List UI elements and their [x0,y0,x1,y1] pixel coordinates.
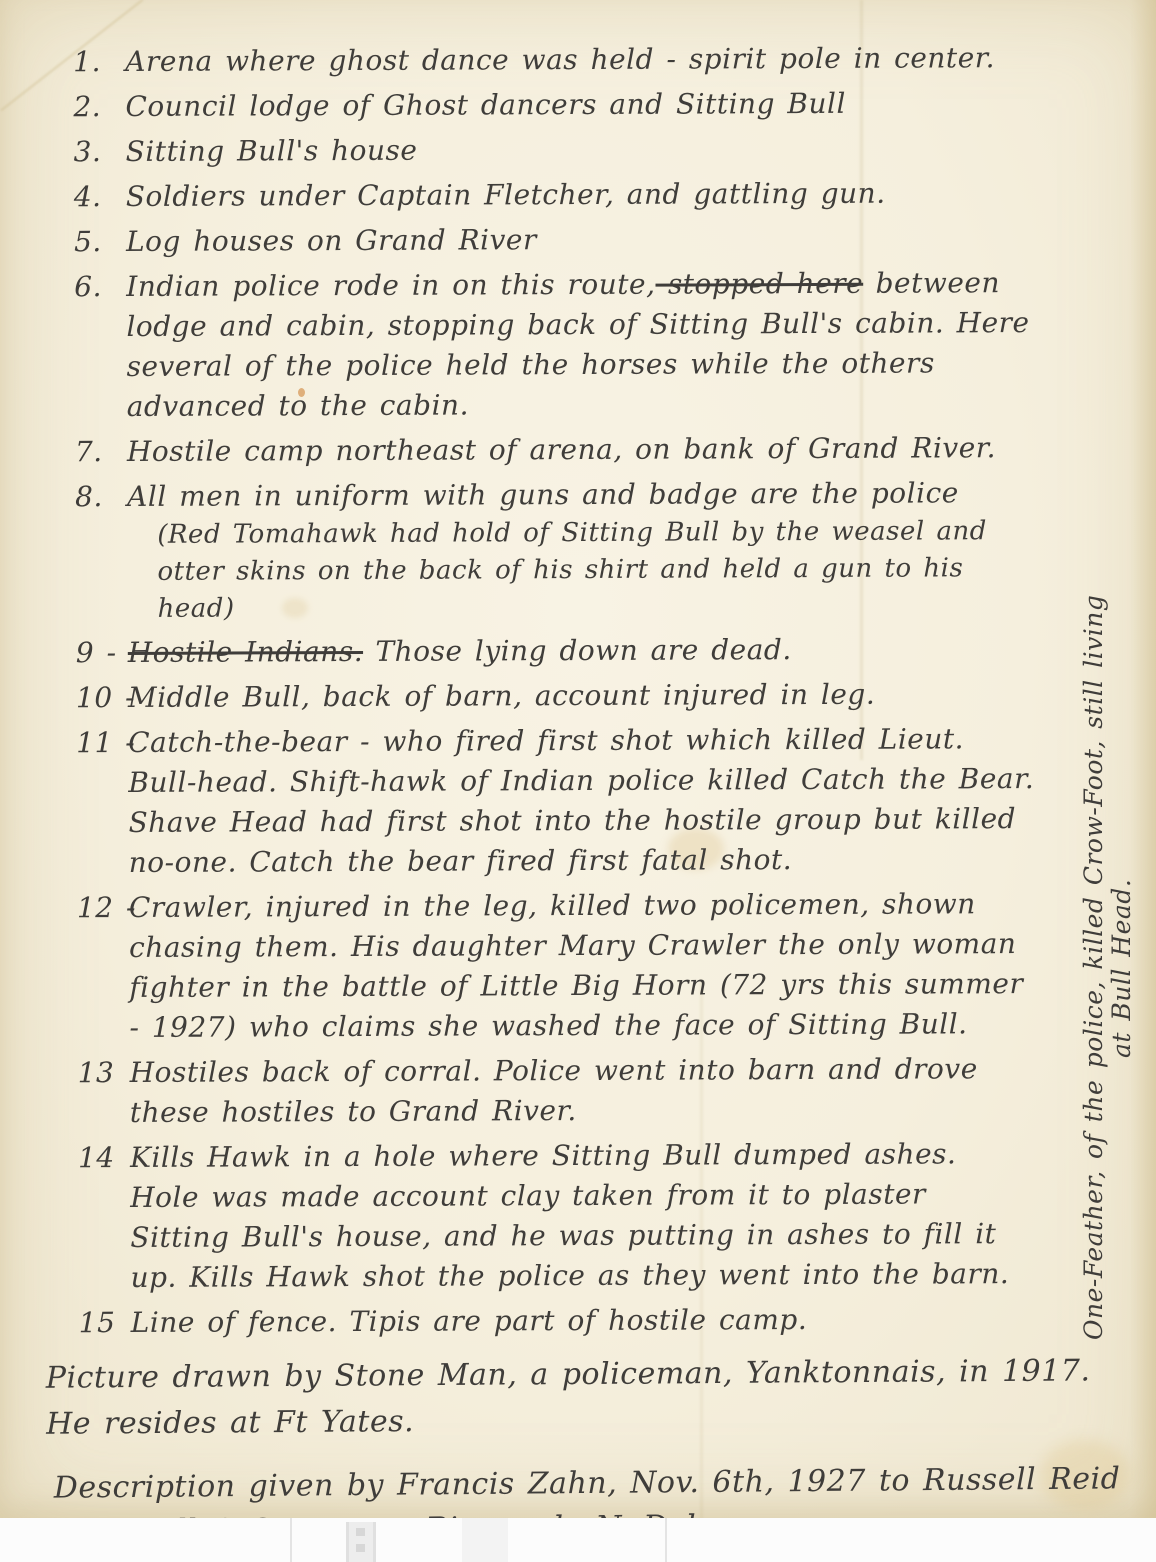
text-segment: Catch-the-bear - who fired first shot wh… [128,722,1034,879]
item-note: (Red Tomahawk had hold of Sitting Bull b… [127,513,1033,628]
text-segment: Those lying down are dead. [363,633,792,668]
scan-artifact [462,1518,508,1562]
item-text: Council lodge of Ghost dancers and Sitti… [125,87,846,123]
text-segment: Sitting Bull's house [126,134,418,168]
item-text: Line of fence. Tipis are part of hostile… [131,1303,808,1339]
text-segment: Soldiers under Captain Fletcher, and gat… [126,177,886,213]
scanner-background-strip [0,1518,1156,1562]
list-item: 6.Indian police rode in on this route, s… [126,263,1033,427]
item-text: All men in uniform with guns and badge a… [127,476,959,513]
item-text: Hostile camp northeast of arena, on bank… [127,431,996,468]
list-item: 5.Log houses on Grand River [126,218,1032,262]
text-segment: Hostile camp northeast of arena, on bank… [127,431,996,468]
scan-artifact [665,1518,667,1562]
text-segment: Hostiles back of corral. Police went int… [130,1052,978,1129]
item-number: 9 - [76,633,117,673]
item-text: Sitting Bull's house [126,134,418,168]
item-number: 10 - [76,678,135,718]
item-number: 3. [74,132,102,172]
text-segment: Crawler, injured in the leg, killed two … [129,887,1024,1044]
item-number: 5. [74,222,102,262]
item-text: Log houses on Grand River [126,223,537,258]
list-item: 12 -Crawler, injured in the leg, killed … [129,884,1036,1048]
list-item: 10 -Middle Bull, back of barn, account i… [128,674,1034,718]
item-number: 15 [79,1303,116,1343]
list-item: 11 -Catch-the-bear - who fired first sho… [128,719,1035,883]
corner-crease [0,0,143,111]
item-text: Kills Hawk in a hole where Sitting Bull … [130,1137,1009,1294]
item-number: 12 - [77,888,136,928]
text-segment: Indian police rode in on this route, [126,268,655,303]
struck-text: stopped here [655,267,863,301]
margin-note-line: One-Feather, of the police, killed Crow-… [1080,440,1108,1340]
list-item: 8.All men in uniform with guns and badge… [127,473,1034,628]
scanned-document: { "page": { "paper_color": "#f5efdd", "i… [0,0,1156,1562]
item-number: 2. [73,87,101,127]
list-item: 13Hostiles back of corral. Police went i… [130,1049,1036,1133]
list-item: 15Line of fence. Tipis are part of hosti… [131,1299,1037,1343]
item-number: 8. [75,477,103,517]
list-item: 7.Hostile camp northeast of arena, on ba… [127,428,1033,472]
list-item: 9 -Hostile Indians. Those lying down are… [128,629,1034,673]
margin-note: One-Feather, of the police, killed Crow-… [1080,440,1136,1340]
item-number: 7. [75,432,103,472]
text-segment: Middle Bull, back of barn, account injur… [128,678,875,714]
paper: 1.Arena where ghost dance was held - spi… [0,0,1156,1522]
item-text: Hostiles back of corral. Police went int… [130,1052,978,1129]
item-text: Soldiers under Captain Fletcher, and gat… [126,177,886,213]
text-segment: Arena where ghost dance was held - spiri… [125,41,995,78]
margin-note-line: at Bull Head. [1108,440,1136,1340]
text-segment: Line of fence. Tipis are part of hostile… [131,1303,808,1339]
item-text: Crawler, injured in the leg, killed two … [129,887,1024,1044]
scan-artifact [346,1522,376,1562]
list-item: 1.Arena where ghost dance was held - spi… [125,38,1031,82]
list-item: 14Kills Hawk in a hole where Sitting Bul… [130,1134,1037,1298]
item-text: Hostile Indians. Those lying down are de… [128,633,792,669]
text-segment: Council lodge of Ghost dancers and Sitti… [125,87,846,123]
item-number: 14 [78,1138,115,1178]
text-segment: All men in uniform with guns and badge a… [127,476,959,513]
item-number: 4. [74,177,102,217]
item-text: Catch-the-bear - who fired first shot wh… [128,722,1034,879]
list-item: 3.Sitting Bull's house [126,128,1032,172]
footer-credit: Picture drawn by Stone Man, a policeman,… [46,1348,1107,1447]
item-number: 11 - [76,723,135,763]
struck-text: Hostile Indians. [128,635,363,669]
item-text: Arena where ghost dance was held - spiri… [125,41,995,78]
list-item: 4.Soldiers under Captain Fletcher, and g… [126,173,1032,217]
item-text: Middle Bull, back of barn, account injur… [128,678,875,714]
item-number: 6. [74,267,102,307]
item-number: 1. [73,42,101,82]
item-text: Indian police rode in on this route, sto… [126,266,1029,423]
list-item: 2.Council lodge of Ghost dancers and Sit… [125,83,1031,127]
text-segment: Log houses on Grand River [126,223,537,258]
scan-artifact [290,1518,292,1562]
item-number: 13 [78,1053,115,1093]
text-segment: Kills Hawk in a hole where Sitting Bull … [130,1137,1009,1294]
numbered-list: 1.Arena where ghost dance was held - spi… [125,38,1037,1348]
